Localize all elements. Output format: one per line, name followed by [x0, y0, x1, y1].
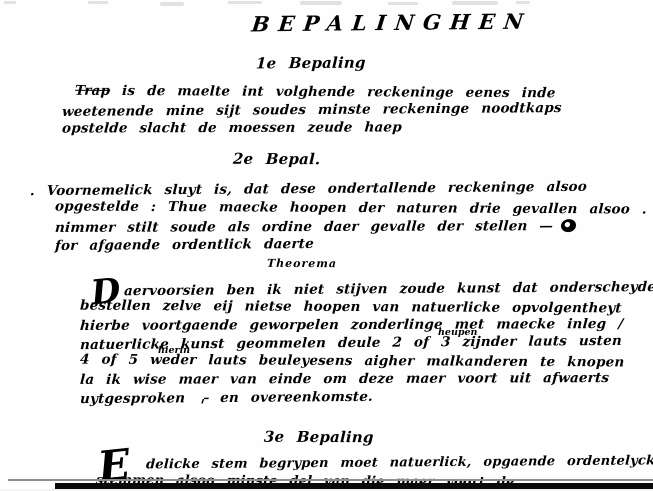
paragraph-2-line: . Voornemelick sluyt is, dat dese ondert… [30, 179, 588, 199]
paragraph-2-line: for afgaende ordentlick daerte [55, 236, 315, 254]
manuscript-page: BEPALINGHEN 1e Bepaling Trap is de maelt… [0, 0, 653, 491]
section-heading-3: 3e Bepaling [264, 428, 374, 447]
paragraph-2-line: opgestelde : Thue maecke hoopen der natu… [55, 198, 647, 217]
paragraph-3-line: la ik wise maer van einde om deze maer v… [79, 370, 609, 388]
paragraph-3-line: bestellen zelve eij nietse hoopen van na… [80, 298, 622, 317]
paragraph-1-line: opstelde slacht de moessen zeude haep [61, 119, 402, 136]
paragraph-3-line: 4 of 5 weder lauts beuleyesens aigher ma… [80, 352, 625, 371]
paragraph-3-line: aervoorsien ben ik niet stijven zoude ku… [124, 279, 653, 299]
paragraph-3-line: hierbe voortgaende geworpelen zonderling… [79, 316, 623, 334]
paragraph-3-line: uytgesproken ⌌ en overeenkomste. [80, 389, 374, 407]
filled-circle-mark [561, 219, 577, 232]
ink-layer: BEPALINGHEN 1e Bepaling Trap is de maelt… [0, 0, 653, 491]
scan-edge-line-thin [8, 479, 653, 481]
line-text: nimmer stilt soude als ordine daer geval… [54, 218, 553, 236]
paragraph-1-line: weetenende mine sijt soudes minste recke… [62, 100, 562, 120]
paragraph-1-line: Trap is de maelte int volghende reckenin… [75, 83, 556, 102]
paragraph-4-line: delicke stem begrypen moet natuerlick, o… [146, 453, 653, 473]
struck-word: Trap [75, 83, 111, 99]
section-heading-theorema: Theorema [267, 257, 338, 270]
section-heading-1: 1e Bepaling [256, 54, 366, 73]
paragraph-2-line: nimmer stilt soude als ordine daer geval… [54, 218, 576, 236]
section-heading-2: 2e Bepal. [233, 150, 321, 168]
page-title: BEPALINGHEN [250, 9, 533, 37]
line-text: is de maelte int volghende reckeninge ee… [122, 83, 556, 101]
